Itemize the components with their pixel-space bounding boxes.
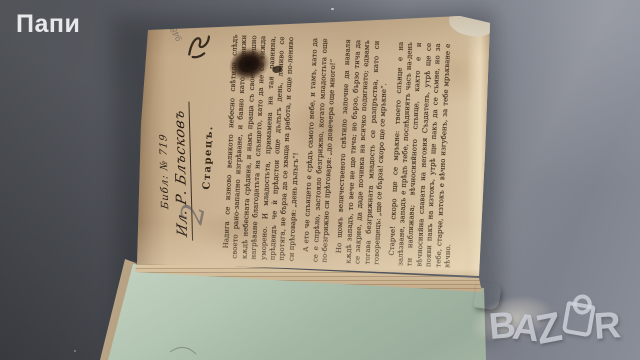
- book-page: Библ: № 719 Ил. Р. Блъсковъ 948 2 Старец…: [137, 14, 491, 282]
- paragraph: Старче! скоро ще се мръкне: твоето слънц…: [387, 41, 463, 268]
- dust-speck: [331, 8, 334, 10]
- paragraph: А ето че слънцето е срѣдъ самото небе, и…: [302, 38, 340, 263]
- paragraph: Но щомъ величественото свѣтило започне д…: [335, 39, 392, 265]
- bazar-logo: B A Z R: [489, 297, 639, 355]
- seller-watermark: Папи: [16, 10, 80, 39]
- dust-speck: [74, 350, 76, 352]
- page-title: Старецъ.: [198, 44, 219, 270]
- shopping-bag-icon: [561, 301, 595, 338]
- ink-scribble-doodle: [181, 27, 217, 63]
- logo-letter: R: [592, 304, 622, 348]
- listing-photo: Библ: № 719 Ил. Р. Блъсковъ 948 2 Старец…: [0, 0, 640, 360]
